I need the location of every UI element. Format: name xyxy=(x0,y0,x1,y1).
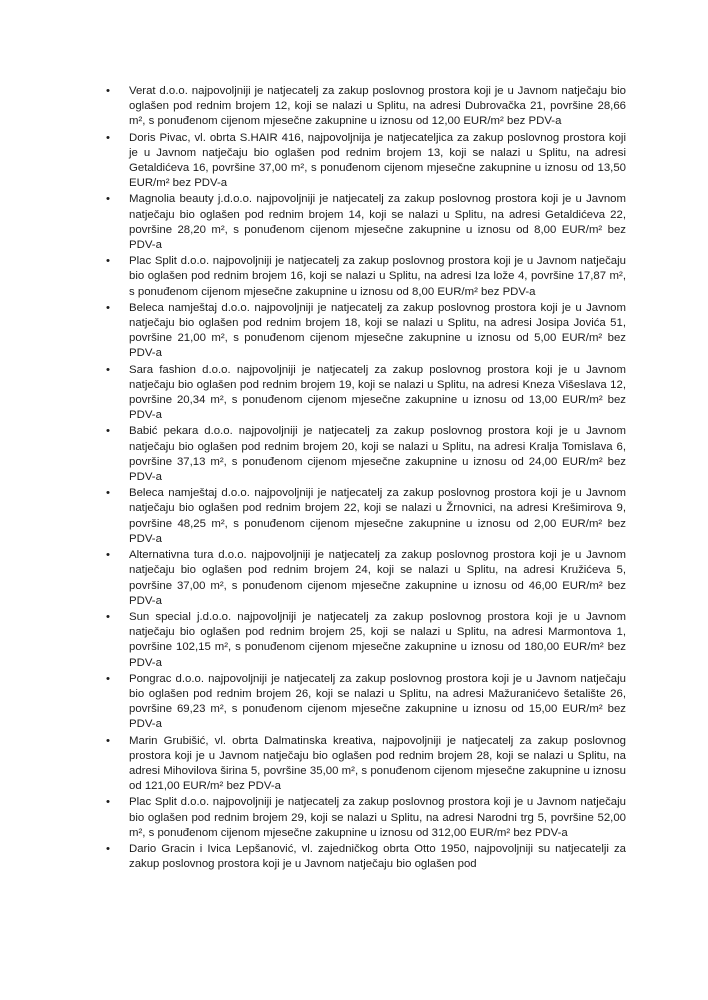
list-item-text: Plac Split d.o.o. najpovoljniji je natje… xyxy=(129,255,626,297)
bullet-icon: • xyxy=(106,363,122,378)
bullet-icon: • xyxy=(106,610,122,625)
list-item-text: Beleca namještaj d.o.o. najpovoljniji je… xyxy=(129,302,626,360)
bullet-icon: • xyxy=(106,672,122,687)
bullet-icon: • xyxy=(106,842,122,857)
list-item-text: Doris Pivac, vl. obrta S.HAIR 416, najpo… xyxy=(129,132,626,190)
list-item-text: Beleca namještaj d.o.o. najpovoljniji je… xyxy=(129,487,626,545)
bullet-icon: • xyxy=(106,795,122,810)
document-page: • Verat d.o.o. najpovoljniji je natjecat… xyxy=(0,0,708,1000)
list-item: • Doris Pivac, vl. obrta S.HAIR 416, naj… xyxy=(129,131,626,192)
bullet-icon: • xyxy=(106,734,122,749)
bullet-icon: • xyxy=(106,192,122,207)
list-item: • Sun special j.d.o.o. najpovoljniji je … xyxy=(129,610,626,671)
bullet-icon: • xyxy=(106,84,122,99)
list-item: • Beleca namještaj d.o.o. najpovoljniji … xyxy=(129,486,626,547)
list-item: • Dario Gracin i Ivica Lepšanović, vl. z… xyxy=(129,842,626,872)
list-item-text: Magnolia beauty j.d.o.o. najpovoljniji j… xyxy=(129,193,626,251)
list-item: • Marin Grubišić, vl. obrta Dalmatinska … xyxy=(129,734,626,795)
list-item: • Beleca namještaj d.o.o. najpovoljniji … xyxy=(129,301,626,362)
list-item-text: Verat d.o.o. najpovoljniji je natjecatel… xyxy=(129,85,626,127)
bullet-icon: • xyxy=(106,486,122,501)
list-item: • Alternativna tura d.o.o. najpovoljniji… xyxy=(129,548,626,609)
bullet-icon: • xyxy=(106,548,122,563)
list-item-text: Pongrac d.o.o. najpovoljniji je natjecat… xyxy=(129,673,626,731)
bullet-icon: • xyxy=(106,424,122,439)
list-item: • Magnolia beauty j.d.o.o. najpovoljniji… xyxy=(129,192,626,253)
list-item-text: Sara fashion d.o.o. najpovoljniji je nat… xyxy=(129,364,626,422)
document-body: • Verat d.o.o. najpovoljniji je natjecat… xyxy=(129,84,626,873)
list-item-text: Babić pekara d.o.o. najpovoljniji je nat… xyxy=(129,425,626,483)
list-item: • Pongrac d.o.o. najpovoljniji je natjec… xyxy=(129,672,626,733)
list-item: • Plac Split d.o.o. najpovoljniji je nat… xyxy=(129,795,626,841)
list-item-text: Marin Grubišić, vl. obrta Dalmatinska kr… xyxy=(129,735,626,793)
bullet-icon: • xyxy=(106,131,122,146)
bullet-icon: • xyxy=(106,254,122,269)
bullet-icon: • xyxy=(106,301,122,316)
tender-results-list: • Verat d.o.o. najpovoljniji je natjecat… xyxy=(129,84,626,872)
list-item-text: Sun special j.d.o.o. najpovoljniji je na… xyxy=(129,611,626,669)
list-item: • Sara fashion d.o.o. najpovoljniji je n… xyxy=(129,363,626,424)
list-item: • Plac Split d.o.o. najpovoljniji je nat… xyxy=(129,254,626,300)
list-item-text: Plac Split d.o.o. najpovoljniji je natje… xyxy=(129,796,626,838)
list-item: • Verat d.o.o. najpovoljniji je natjecat… xyxy=(129,84,626,130)
list-item: • Babić pekara d.o.o. najpovoljniji je n… xyxy=(129,424,626,485)
list-item-text: Alternativna tura d.o.o. najpovoljniji j… xyxy=(129,549,626,607)
list-item-text: Dario Gracin i Ivica Lepšanović, vl. zaj… xyxy=(129,843,626,870)
